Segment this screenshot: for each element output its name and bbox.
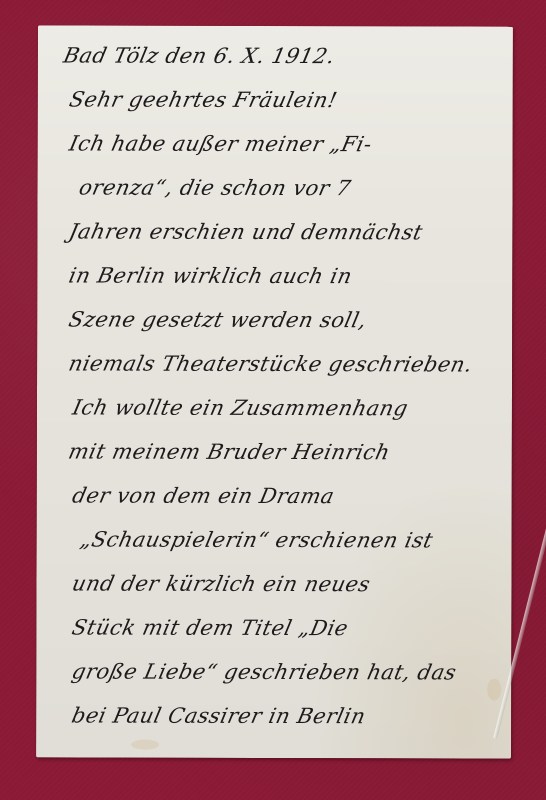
letter-line: Ich wollte ein Zusammenhang <box>54 385 506 430</box>
letter-line: große Liebe“ geschrieben hat, das <box>54 649 506 694</box>
letter-card: Bad Tölz den 6. X. 1912. Sehr geehrtes F… <box>36 25 513 758</box>
letter-line: Ich habe außer meiner „Fi- <box>55 121 507 166</box>
letter-line: in Berlin wirklich auch in <box>55 253 507 298</box>
letter-line: Stück mit dem Titel „Die <box>54 605 506 650</box>
letter-line: niemals Theaterstücke geschrieben. <box>54 341 506 386</box>
letter-line: mit meinem Bruder Heinrich <box>54 429 506 474</box>
letter-line: Szene gesetzt werden soll, <box>54 297 506 342</box>
letter-line: orenza“, die schon vor 7 <box>55 165 507 210</box>
letter-line: der von dem ein Drama <box>54 473 506 518</box>
letter-line: Jahren erschien und demnächst <box>55 209 507 254</box>
letter-line: und der kürzlich ein neues <box>54 561 506 606</box>
letter-line: bei Paul Cassirer in Berlin <box>53 693 505 738</box>
letter-dateline: Bad Tölz den 6. X. 1912. <box>55 33 507 78</box>
letter-salutation: Sehr geehrtes Fräulein! <box>55 77 507 122</box>
handwritten-text: Bad Tölz den 6. X. 1912. Sehr geehrtes F… <box>58 33 503 738</box>
paper-stain <box>131 740 159 750</box>
letter-line: „Schauspielerin“ erschienen ist <box>54 517 506 562</box>
